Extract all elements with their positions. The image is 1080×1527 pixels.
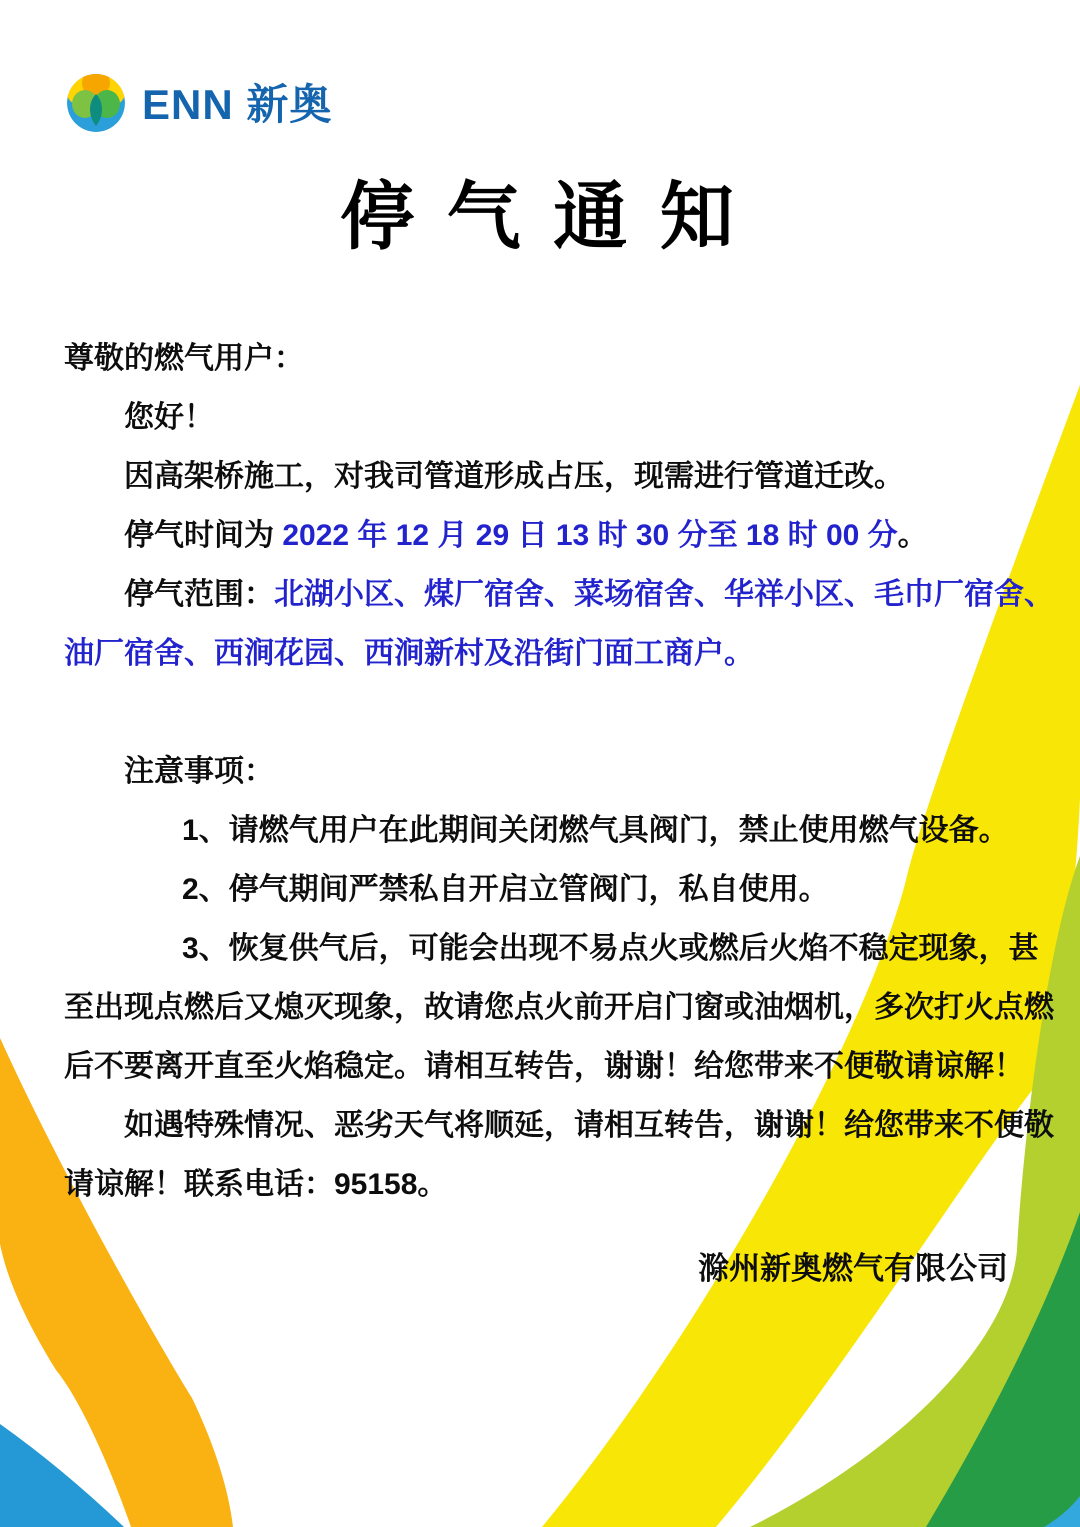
notice-line: 尊敬的燃气用户：: [64, 325, 1016, 384]
notice-line: 3、恢复供气后，可能会出现不易点火或燃后火焰不稳定现象，甚: [64, 915, 1016, 974]
notice-text-run: 北湖小区、煤厂宿舍、菜场宿舍、华祥小区、毛巾厂宿舍、: [274, 569, 1054, 613]
notice-signature: 滁州新奥燃气有限公司: [698, 1243, 1008, 1288]
page-title: 停 气 通 知: [0, 158, 1080, 264]
notice-text-run: 停气范围：: [124, 569, 274, 613]
notice-text-run: 注意事项：: [124, 746, 274, 790]
notice-line: 因高架桥施工，对我司管道形成占压，现需进行管道迁改。: [64, 443, 1016, 502]
notice-text-run: 至出现点燃后又熄灭现象，故请您点火前开启门窗或油烟机，多次打火点燃: [64, 982, 1054, 1026]
notice-line: 2、停气期间严禁私自开启立管阀门，私自使用。: [64, 856, 1016, 915]
notice-text-run: 3、恢复供气后，可能会出现不易点火或燃后火焰不稳定现象，甚: [182, 923, 1039, 967]
notice-text-run: 。: [898, 510, 928, 554]
notice-line: 注意事项：: [64, 738, 1016, 797]
notice-text-run: 您好！: [124, 392, 214, 436]
notice-line: 后不要离开直至火焰稳定。请相互转告，谢谢！给您带来不便敬请谅解！: [64, 1033, 1016, 1092]
enn-lotus-icon: [64, 70, 128, 134]
notice-text-run: 因高架桥施工，对我司管道形成占压，现需进行管道迁改。: [124, 451, 904, 495]
notice-body: 尊敬的燃气用户：您好！因高架桥施工，对我司管道形成占压，现需进行管道迁改。停气时…: [64, 325, 1016, 1210]
notice-text-run: 1、请燃气用户在此期间关闭燃气具阀门，禁止使用燃气设备。: [182, 805, 1009, 849]
notice-text-run: 油厂宿舍、西涧花园、西涧新村及沿街门面工商户。: [64, 628, 754, 672]
notice-line: 您好！: [64, 384, 1016, 443]
brand-name: ENN 新奥: [142, 72, 332, 132]
notice-text-run: 2022 年 12 月 29 日 13 时 30 分至 18 时 00 分: [282, 510, 897, 554]
notice-line: 停气范围：北湖小区、煤厂宿舍、菜场宿舍、华祥小区、毛巾厂宿舍、: [64, 561, 1016, 620]
notice-line: 至出现点燃后又熄灭现象，故请您点火前开启门窗或油烟机，多次打火点燃: [64, 974, 1016, 1033]
notice-text-run: 请谅解！联系电话：95158。: [64, 1159, 447, 1203]
notice-line: 油厂宿舍、西涧花园、西涧新村及沿街门面工商户。: [64, 620, 1016, 679]
notice-line: 请谅解！联系电话：95158。: [64, 1151, 1016, 1210]
notice-line: 1、请燃气用户在此期间关闭燃气具阀门，禁止使用燃气设备。: [64, 797, 1016, 856]
notice-line: [64, 679, 1016, 738]
notice-text-run: 2、停气期间严禁私自开启立管阀门，私自使用。: [182, 864, 829, 908]
gas-suspension-notice-page: ENN 新奥 停 气 通 知 尊敬的燃气用户：您好！因高架桥施工，对我司管道形成…: [0, 0, 1080, 1527]
notice-line: 停气时间为 2022 年 12 月 29 日 13 时 30 分至 18 时 0…: [64, 502, 1016, 561]
brand-logo: ENN 新奥: [64, 70, 332, 134]
notice-text-run: 如遇特殊情况、恶劣天气将顺延，请相互转告，谢谢！给您带来不便敬: [124, 1100, 1054, 1144]
notice-text-run: 停气时间为: [124, 510, 282, 554]
notice-text-run: 尊敬的燃气用户：: [64, 333, 304, 377]
notice-text-run: 后不要离开直至火焰稳定。请相互转告，谢谢！给您带来不便敬请谅解！: [64, 1041, 1024, 1085]
notice-line: 如遇特殊情况、恶劣天气将顺延，请相互转告，谢谢！给您带来不便敬: [64, 1092, 1016, 1151]
